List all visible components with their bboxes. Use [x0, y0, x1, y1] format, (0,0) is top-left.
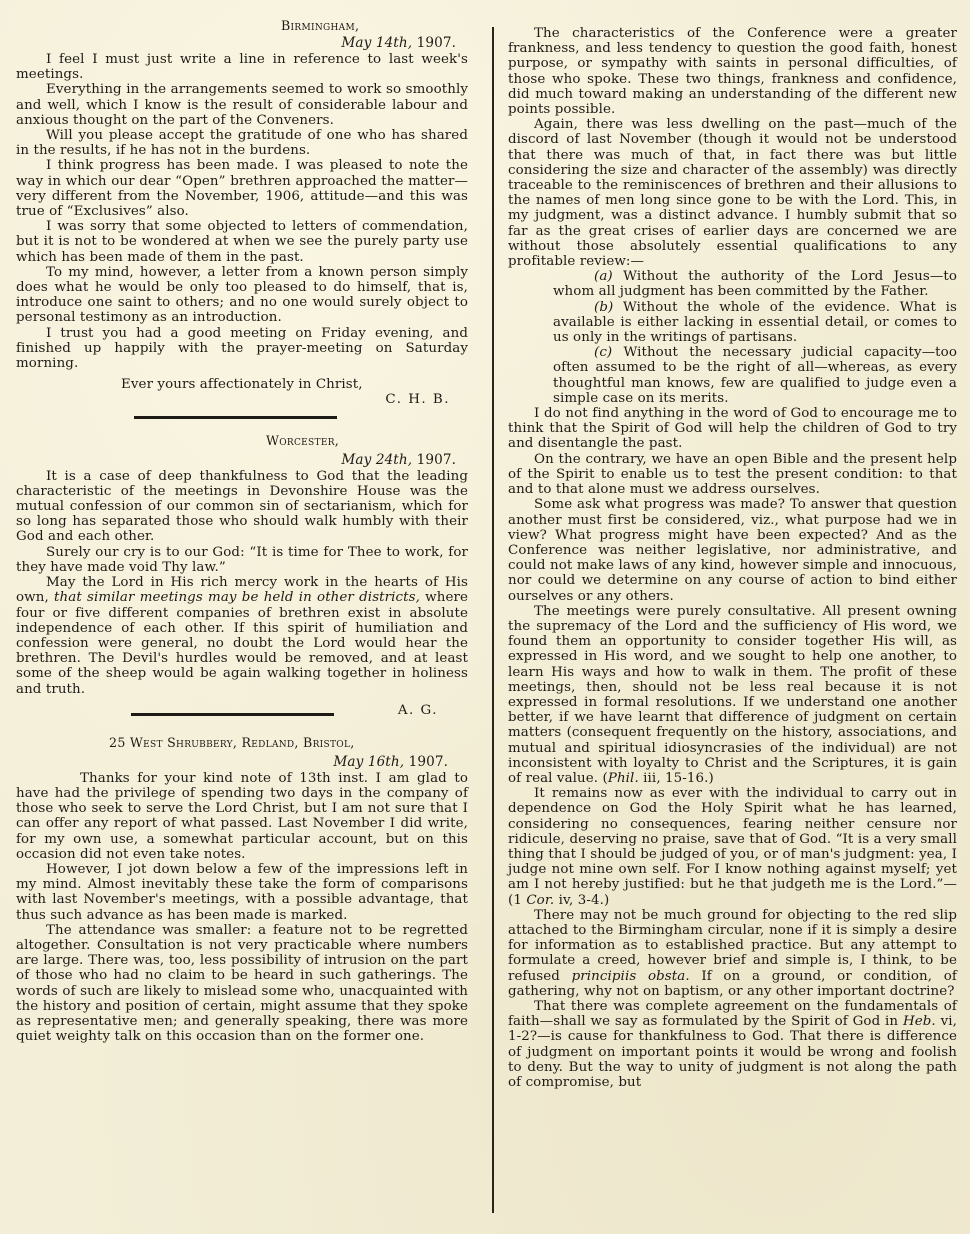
italic-run: that similar meetings may be held in oth…	[54, 590, 420, 605]
paragraph: Some ask what progress was made? To answ…	[508, 497, 957, 603]
list-label: (a)	[579, 269, 613, 284]
letter-bristol: 25 West Shrubbery, Redland, Bristol, May…	[16, 735, 468, 1045]
list-text: Without the whole of the evidence. What …	[553, 300, 957, 345]
paragraph: Surely our cry is to our God: “It is tim…	[16, 545, 468, 575]
date-month-day: May 14th,	[341, 35, 412, 51]
paragraph: Will you please accept the gratitude of …	[16, 128, 468, 158]
signature-row: A. G.	[16, 703, 468, 725]
latin-phrase: principiis obsta.	[572, 969, 690, 984]
text-run: That there was complete agreement on the…	[508, 999, 957, 1029]
letter-place: Worcester,	[16, 433, 468, 449]
paragraph: On the contrary, we have an open Bible a…	[508, 452, 957, 498]
paragraph: The characteristics of the Conference we…	[508, 26, 957, 117]
list-text: Without the authority of the Lord Jesus—…	[553, 269, 957, 299]
paragraph: The meetings were purely consultative. A…	[508, 604, 957, 786]
text-run: where four or five different companies o…	[16, 590, 468, 696]
paragraph: There may not be much ground for objecti…	[508, 908, 957, 999]
paragraph: May the Lord in His rich mercy work in t…	[16, 575, 468, 697]
column-divider	[492, 27, 494, 1213]
letter-date: May 24th, 1907.	[16, 451, 468, 469]
left-column: Birmingham, May 14th, 1907. I feel I mus…	[16, 18, 468, 1044]
section-rule	[131, 713, 334, 716]
list-label: (b)	[579, 300, 613, 315]
text-run: It remains now as ever with the individu…	[508, 786, 957, 907]
scripture-ref: Phil.	[608, 771, 639, 786]
right-column: The characteristics of the Conference we…	[508, 26, 957, 1090]
paragraph: The attendance was smaller: a feature no…	[16, 923, 468, 1045]
paragraph: It remains now as ever with the individu…	[508, 786, 957, 908]
letter-date: May 14th, 1907.	[16, 34, 468, 52]
list-text: Without the necessary judicial capacity—…	[553, 345, 957, 406]
paragraph: Thanks for your kind note of 13th inst. …	[16, 771, 468, 862]
letter-worcester: Worcester, May 24th, 1907. It is a case …	[16, 433, 468, 725]
letter-place: 25 West Shrubbery, Redland, Bristol,	[16, 735, 468, 751]
paragraph: I trust you had a good meeting on Friday…	[16, 326, 468, 372]
text-run: iii, 15-16.)	[639, 771, 714, 786]
date-month-day: May 16th,	[333, 754, 404, 770]
list-item: (c) Without the necessary judicial capac…	[508, 345, 957, 406]
section-rule	[134, 416, 337, 419]
paragraph: I was sorry that some objected to letter…	[16, 219, 468, 265]
scripture-ref: Cor.	[526, 893, 554, 908]
paragraph: Again, there was less dwelling on the pa…	[508, 117, 957, 269]
letter-signature: C. H. B.	[16, 392, 468, 407]
paragraph: However, I jot down below a few of the i…	[16, 862, 468, 923]
paragraph: It is a case of deep thankfulness to God…	[16, 469, 468, 545]
paragraph: Everything in the arrangements seemed to…	[16, 82, 468, 128]
list-label: (c)	[579, 345, 612, 360]
document-page: Birmingham, May 14th, 1907. I feel I mus…	[0, 0, 970, 1234]
list-item: (a) Without the authority of the Lord Je…	[508, 269, 957, 299]
date-month-day: May 24th,	[341, 452, 412, 468]
paragraph: I think progress has been made. I was pl…	[16, 158, 468, 219]
date-year: 1907.	[412, 452, 456, 468]
date-year: 1907.	[404, 754, 448, 770]
text-run: The meetings were purely consultative. A…	[508, 604, 957, 786]
text-run: iv, 3-4.)	[554, 893, 609, 908]
letter-place: Birmingham,	[16, 18, 468, 34]
qualifications-list: (a) Without the authority of the Lord Je…	[508, 269, 957, 406]
date-year: 1907.	[412, 35, 456, 51]
letter-birmingham: Birmingham, May 14th, 1907. I feel I mus…	[16, 18, 468, 419]
paragraph: That there was complete agreement on the…	[508, 999, 957, 1090]
paragraph: I feel I must just write a line in refer…	[16, 52, 468, 82]
letter-date: May 16th, 1907.	[16, 753, 468, 771]
scripture-ref: Heb.	[903, 1014, 936, 1029]
paragraph: I do not find anything in the word of Go…	[508, 406, 957, 452]
list-item: (b) Without the whole of the evidence. W…	[508, 300, 957, 346]
paragraph: To my mind, however, a letter from a kno…	[16, 265, 468, 326]
letter-signature: A. G.	[398, 703, 468, 718]
letter-closing: Ever yours affectionately in Christ,	[16, 377, 468, 392]
